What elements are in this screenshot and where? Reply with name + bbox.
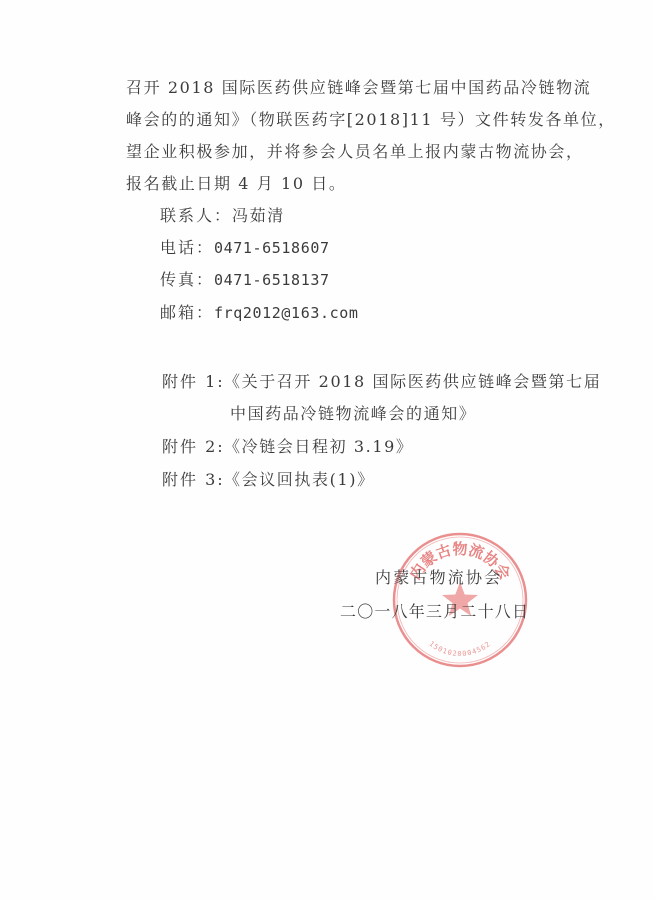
contact-phone: 电话：0471-6518607 — [160, 238, 330, 258]
official-seal-icon: 内蒙古物流协会 1501020004562 — [390, 530, 530, 670]
attachment-3-label: 附件 3: — [162, 470, 225, 490]
signature-organization: 内蒙古物流协会 — [375, 568, 502, 588]
contact-email-value: frq2012@163.com — [214, 304, 358, 322]
seal-number: 1501020004562 — [428, 640, 493, 658]
signature-date: 二〇一八年三月二十八日 — [340, 602, 529, 622]
contact-email: 邮箱：frq2012@163.com — [160, 303, 358, 323]
body-line-1: 召开 2018 国际医药供应链峰会暨第七届中国药品冷链物流 — [126, 78, 591, 98]
contact-person: 联系人：冯茹清 — [160, 206, 285, 226]
contact-fax-value: 0471-6518137 — [214, 271, 330, 289]
svg-text:1501020004562: 1501020004562 — [428, 640, 493, 658]
attachment-2-text: 《冷链会日程初 3.19》 — [224, 437, 414, 457]
attachment-1-line-1: 《关于召开 2018 国际医药供应链峰会暨第七届 — [224, 372, 601, 392]
attachment-1-label: 附件 1: — [162, 372, 225, 392]
body-line-4: 报名截止日期 4 月 10 日。 — [126, 174, 346, 194]
attachment-3-text: 《会议回执表(1)》 — [224, 470, 375, 490]
contact-person-value: 冯茹清 — [232, 206, 285, 225]
document-page: 召开 2018 国际医药供应链峰会暨第七届中国药品冷链物流 峰会的的通知》（物联… — [0, 0, 654, 899]
attachment-1-line-2: 中国药品冷链物流峰会的通知》 — [230, 404, 476, 424]
contact-person-label: 联系人： — [160, 206, 232, 225]
attachment-2-label: 附件 2: — [162, 437, 225, 457]
body-line-2: 峰会的的通知》（物联医药字[2018]11 号）文件转发各单位， — [126, 110, 616, 130]
body-line-3: 望企业积极参加，并将参会人员名单上报内蒙古物流协会， — [126, 142, 584, 162]
contact-phone-label: 电话： — [160, 238, 214, 257]
contact-email-label: 邮箱： — [160, 303, 214, 322]
contact-fax-label: 传真： — [160, 270, 214, 289]
contact-fax: 传真：0471-6518137 — [160, 270, 330, 290]
contact-phone-value: 0471-6518607 — [214, 239, 330, 257]
